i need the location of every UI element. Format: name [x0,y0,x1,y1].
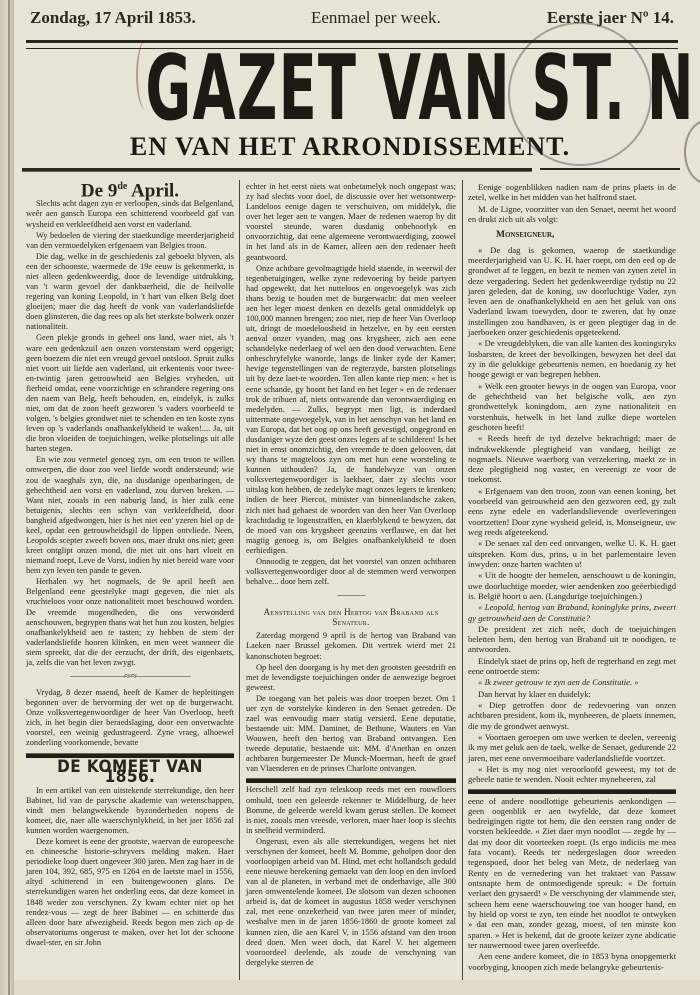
paragraph: Aen eene andere komeet, die in 1853 byna… [468,951,676,972]
section-rule [468,789,676,794]
column-2: echter in het eerst niets wat onbetamely… [246,182,456,969]
paragraph: « De vreugdeblyken, die van alle kanten … [468,338,676,379]
paragraph: Eindelyk staet de prins op, heft de regt… [468,656,676,677]
paragraph: Slechts acht dagen zyn er verloopen, sin… [26,199,234,229]
salutation: Monseigneur, [496,230,676,240]
paragraph: Vrydag, 8 dezer maend, heeft de Kamer de… [26,688,234,748]
paragraph: Eenige oogenblikken nadien nam de prins … [468,182,676,203]
section-rule [246,778,456,783]
paragraph: M. de Ligne, voorzitter van den Senaet, … [468,204,676,225]
paragraph: eene of andere noodlottige gebeurtenis a… [468,796,676,951]
subtitle-rule-right [540,168,680,170]
issue-date: Zondag, 17 April 1853. [30,8,196,28]
oath-question: « Leopold, hertog van Braband, koninglyk… [468,602,676,623]
newspaper-title: GAZET VAN ST. NICOLAES [145,46,554,132]
newspaper-subtitle: EN VAN HET ARRONDISSEMENT. [0,132,700,162]
paragraph: « Voortaen geroepen om uwe werken te dee… [468,732,676,763]
paragraph: Op heel den doorgang is hy met den groot… [246,663,456,693]
ornament-divider: ——————≈◦≈—————— [26,672,234,682]
article-heading-april: De 9de April. [26,182,234,196]
paragraph: « Diep getroffen door de redevoering van… [468,700,676,731]
paragraph: Herhalen wy het nogmaels, de 9e april he… [26,577,234,668]
page-bottom-margin [14,980,700,995]
column-divider [462,180,463,980]
paragraph: Deze komeet is eene der grootste, waerva… [26,837,234,948]
paragraph: De toegang van het paleis was door troep… [246,694,456,775]
paragraph: « Welk een grooter bewys in de oogen van… [468,381,676,433]
paragraph: Zaterdag morgend 9 april is de hertog va… [246,631,456,661]
paragraph: Onze achtbare gevolmagtigde hield staend… [246,264,456,556]
paragraph: « Erfgenaem van den troon, zoon van eene… [468,486,676,538]
paragraph: « Reeds heeft de tyd dezelve bekrachtigd… [468,433,676,485]
dateline: Zondag, 17 April 1853. Eenmael per week.… [26,8,674,34]
column-divider [239,180,240,980]
subtitle-rule [22,168,532,172]
column-3: Eenige oogenblikken nadien nam de prins … [468,182,676,973]
paragraph: Geen plekje gronds in geheel ons land, w… [26,333,234,454]
paragraph: Herschell zelf had zyn teleskoop reeds m… [246,785,456,835]
paragraph: echter in het eerst niets wat onbetamely… [246,182,456,263]
paragraph: Onnoodig te zeggen, dat het voorstel van… [246,557,456,587]
paragraph: « De dag is gekomen, waerop de staetkund… [468,245,676,338]
short-divider: ——— [246,591,456,601]
paragraph: De president zet zich neêr, doch de toej… [468,624,676,655]
paragraph: « Het is my nog niet veroorloofd geweest… [468,764,676,785]
paragraph: « Uit de hoogte der hemelen, aenschouwt … [468,570,676,601]
issue-number: Eerste jaer Nº 14. [547,8,674,28]
paragraph: Ongerust, even als alle sterrekundigen, … [246,837,456,968]
article-heading-komeet: DE KOMEET VAN 1856. [36,762,223,782]
paragraph: In een artikel van een uitstekende sterr… [26,786,234,836]
publication-frequency: Eenmael per week. [311,8,441,28]
paragraph: Die dag, welke in de geschiedenis zal ge… [26,252,234,333]
oath: « Ik zweer getrouw te zyn aen de Constit… [468,677,676,687]
article-heading-aanstelling: Aenstelling van den Hertog van Braband a… [246,607,456,627]
paragraph: Dan hervat hy klaer en duidelyk: [468,689,676,699]
paragraph: « De senaet zal den eed ontvangen, welke… [468,538,676,569]
paragraph: Wy bedoelen de viering der staetkundige … [26,231,234,251]
column-1: De 9de April. Slechts acht dagen zyn er … [26,182,234,949]
paragraph: En wie zou vermetel genoeg zyn, om een t… [26,455,234,576]
